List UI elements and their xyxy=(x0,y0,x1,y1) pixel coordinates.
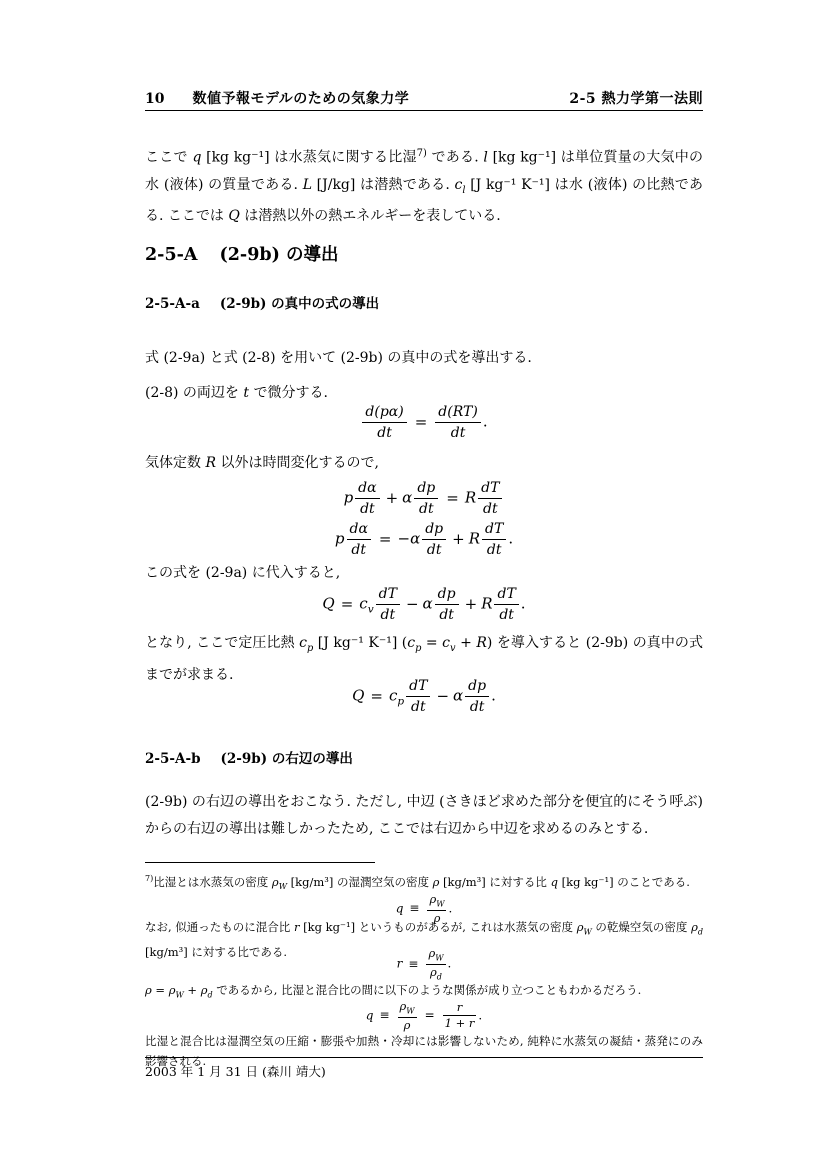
math-var-q: q xyxy=(396,901,404,915)
fraction: dαdt xyxy=(355,480,379,517)
math-var-R: R xyxy=(476,635,487,651)
math-var-R: R xyxy=(205,455,216,471)
text: なお, 似通ったものに混合比 xyxy=(145,920,294,934)
subsection-title: (2-9b) の真中の式の導出 xyxy=(220,296,379,312)
numerator: ρW xyxy=(398,1000,417,1017)
math-sub-p: p xyxy=(397,696,404,708)
fraction: dTdt xyxy=(482,521,506,558)
document-page: 10 数値予報モデルのための気象力学 2-5 熱力学第一法則 ここで q [kg… xyxy=(0,0,826,1169)
fraction: r1 + r xyxy=(443,1001,477,1030)
fraction: dαdt xyxy=(347,521,371,558)
denominator: dt xyxy=(376,604,400,623)
math-var-c: c xyxy=(359,595,367,613)
text: ここで xyxy=(145,150,192,166)
math-var-p: p xyxy=(335,530,345,548)
math-var-p: p xyxy=(344,489,354,507)
numerator: dT xyxy=(494,586,518,604)
denominator: ρd xyxy=(426,964,445,982)
text: となり, ここで定圧比熱 xyxy=(145,635,299,651)
math-var-q: q xyxy=(366,1008,374,1022)
fraction: dpdt xyxy=(435,586,459,623)
equation-period: . xyxy=(508,530,513,548)
equation-q-cp: Q=cpdTdt−αdpdt. xyxy=(145,678,703,715)
math-var-Q: Q xyxy=(322,595,334,613)
fraction: dpdt xyxy=(465,678,489,715)
numerator: ρW xyxy=(426,947,445,964)
text: = xyxy=(152,983,169,997)
text: (2-8) の両辺を xyxy=(145,385,243,401)
fraction: d(pα)dt xyxy=(362,404,406,441)
math-term-minus-alpha: −α xyxy=(398,530,421,548)
section-heading-2-5-A: 2-5-A(2-9b) の導出 xyxy=(145,241,703,266)
text: 比湿とは水蒸気の密度 xyxy=(153,875,272,889)
text: であるから, 比湿と混合比の間に以下のような関係が成り立つこともわかるだろう. xyxy=(213,983,642,997)
subsection-heading-2-5-A-a: 2-5-A-a(2-9b) の真中の式の導出 xyxy=(145,292,703,312)
math-sub-W: W xyxy=(435,953,443,962)
equation-period: . xyxy=(491,687,496,705)
equals-sign: = xyxy=(425,1008,435,1022)
math-var-c: c xyxy=(407,635,415,651)
paragraph-derive: 式 (2-9a) と式 (2-8) を用いて (2-9b) の真中の式を導出する… xyxy=(145,345,703,372)
header-right-title: 2-5 熱力学第一法則 xyxy=(569,88,703,108)
math-var-q: q xyxy=(551,875,558,889)
minus-sign: − xyxy=(436,687,449,705)
equiv-sign: ≡ xyxy=(409,901,419,915)
denominator: 1 + r xyxy=(443,1015,477,1030)
math-var-R: R xyxy=(465,489,476,507)
text: + xyxy=(456,635,477,651)
math-var-rho: ρ xyxy=(691,920,698,934)
text: [J/kg] は潜熱である. xyxy=(312,177,455,193)
math-var-R: R xyxy=(481,595,492,613)
fraction: d(RT)dt xyxy=(435,404,481,441)
paragraph-gas-constant: 気体定数 R 以外は時間変化するので, xyxy=(145,450,703,477)
text: は潜熱以外の熱エネルギーを表している. xyxy=(240,208,501,224)
minus-sign: − xyxy=(406,595,419,613)
equation-period: . xyxy=(483,413,488,431)
equals-sign: = xyxy=(341,595,354,613)
text: [kg/m³] に対する比 xyxy=(439,875,550,889)
denominator: dt xyxy=(482,539,506,558)
fraction: ρWρd xyxy=(426,947,445,981)
header-rule xyxy=(145,110,703,111)
math-var-Q: Q xyxy=(228,208,239,224)
denominator: dt xyxy=(465,696,489,715)
equation-product-rule: pdαdt+αdpdt=RdTdt pdαdt=−αdpdt+RdTdt. xyxy=(145,476,703,562)
equation-period: . xyxy=(521,595,526,613)
denominator: dt xyxy=(347,539,371,558)
paragraph-differentiate: (2-8) の両辺を t で微分する. xyxy=(145,380,703,407)
fraction: dpdt xyxy=(414,480,438,517)
denominator: dt xyxy=(406,696,430,715)
math-var-L: L xyxy=(303,177,312,193)
footer-rule xyxy=(145,1057,703,1058)
equation-q-cv: Q=cvdTdt−αdpdt+RdTdt. xyxy=(145,586,703,623)
numerator: d(pα) xyxy=(362,404,406,422)
text: [kg kg⁻¹] は水蒸気に関する比湿 xyxy=(201,150,416,166)
math-var-alpha: α xyxy=(453,687,463,705)
subsection-title: (2-9b) の右辺の導出 xyxy=(221,751,353,767)
paragraph-intro: ここで q [kg kg⁻¹] は水蒸気に関する比湿7) である. l [kg … xyxy=(145,140,703,230)
equation-line-1: pdαdt+αdpdt=RdTdt xyxy=(145,480,703,517)
equation-period: . xyxy=(478,1008,482,1022)
text: 以外は時間変化するので, xyxy=(216,455,379,471)
denominator: ρ xyxy=(398,1017,417,1032)
subsection-number: 2-5-A-a xyxy=(145,296,200,312)
fraction: dTdt xyxy=(406,678,430,715)
numerator: dp xyxy=(414,480,438,498)
fraction: dTdt xyxy=(376,586,400,623)
math-var-alpha: α xyxy=(423,595,433,613)
math-var-r: r xyxy=(397,957,403,971)
numerator: r xyxy=(443,1001,477,1015)
denominator: dt xyxy=(435,604,459,623)
equals-sign: = xyxy=(370,687,383,705)
numerator: ρW xyxy=(427,893,446,910)
equals-sign: = xyxy=(446,489,459,507)
math-sub-d: d xyxy=(698,927,703,936)
numerator: dp xyxy=(435,586,459,604)
numerator: dp xyxy=(465,678,489,696)
math-var-rho: ρ xyxy=(272,875,279,889)
numerator: dT xyxy=(376,586,400,604)
footer-date: 2003 年 1 月 31 日 (森川 靖大) xyxy=(145,1062,703,1080)
text: [kg kg⁻¹] というものがあるが, これは水蒸気の密度 xyxy=(299,920,576,934)
denominator: dt xyxy=(362,422,406,441)
plus-sign: + xyxy=(452,530,465,548)
equiv-sign: ≡ xyxy=(379,1008,389,1022)
math-var-c: c xyxy=(442,635,450,651)
math-sub-W: W xyxy=(583,927,591,936)
numerator: dα xyxy=(347,521,371,539)
math-sub-v: v xyxy=(368,604,374,616)
plus-sign: + xyxy=(386,489,399,507)
fraction: dpdt xyxy=(422,521,446,558)
denominator: dt xyxy=(355,498,379,517)
denominator: dt xyxy=(478,498,502,517)
text: + xyxy=(184,983,201,997)
equation-line-2: pdαdt=−αdpdt+RdTdt. xyxy=(145,521,703,558)
equals-sign: = xyxy=(379,530,392,548)
fraction: dTdt xyxy=(478,480,502,517)
text: の乾燥空気の密度 xyxy=(592,920,691,934)
running-header: 10 数値予報モデルのための気象力学 2-5 熱力学第一法則 xyxy=(145,88,703,108)
math-var-alpha: α xyxy=(402,489,412,507)
denominator: dt xyxy=(414,498,438,517)
equiv-sign: ≡ xyxy=(408,957,418,971)
footnote-reference: 7) xyxy=(417,148,427,159)
numerator: dT xyxy=(478,480,502,498)
text: [kg/m³] の湿潤空気の密度 xyxy=(287,875,433,889)
denominator: dt xyxy=(422,539,446,558)
denominator: dt xyxy=(494,604,518,623)
math-var-R: R xyxy=(469,530,480,548)
numerator: dα xyxy=(355,480,379,498)
footnote-equation-r: r≡ρWρd. xyxy=(145,947,703,981)
math-var-rho: ρ xyxy=(430,965,437,979)
math-var-rho: ρ xyxy=(145,983,152,997)
subsection-heading-2-5-A-b: 2-5-A-b(2-9b) の右辺の導出 xyxy=(145,747,703,767)
numerator: dT xyxy=(406,678,430,696)
page-number: 10 xyxy=(145,91,164,107)
subsection-number: 2-5-A-b xyxy=(145,751,201,767)
section-number: 2-5-A xyxy=(145,245,197,265)
text: である. xyxy=(427,150,484,166)
equation-state-differentiated: d(pα)dt=d(RT)dt. xyxy=(145,404,703,441)
text: [kg kg⁻¹] のことである. xyxy=(558,875,690,889)
math-var-Q: Q xyxy=(352,687,364,705)
header-left-title: 数値予報モデルのための気象力学 xyxy=(192,88,409,108)
math-sub-W: W xyxy=(436,899,444,908)
text: [J kg⁻¹ K⁻¹] ( xyxy=(313,635,407,651)
fraction: ρWρ xyxy=(398,1000,417,1032)
numerator: dp xyxy=(422,521,446,539)
paragraph-rhs-derivation: (2-9b) の右辺の導出をおこなう. ただし, 中辺 (さきほど求めた部分を便… xyxy=(145,789,703,843)
text: で微分する. xyxy=(249,385,328,401)
denominator: dt xyxy=(435,422,481,441)
paragraph-substitute: この式を (2-9a) に代入すると, xyxy=(145,560,703,587)
numerator: d(RT) xyxy=(435,404,481,422)
plus-sign: + xyxy=(465,595,478,613)
numerator: dT xyxy=(482,521,506,539)
math-sub-W: W xyxy=(406,1006,414,1015)
footnote-rule xyxy=(145,862,375,863)
text: 気体定数 xyxy=(145,455,205,471)
math-var-c: c xyxy=(299,635,307,651)
footnote-equation-q-r-relation: q≡ρWρ=r1 + r. xyxy=(145,1000,703,1032)
section-title: (2-9b) の導出 xyxy=(219,245,338,265)
text: = xyxy=(421,635,442,651)
equation-period: . xyxy=(448,901,452,915)
math-sub-W: W xyxy=(175,990,183,999)
equals-sign: = xyxy=(415,413,428,431)
fraction: dTdt xyxy=(494,586,518,623)
math-sub-W: W xyxy=(279,882,287,891)
equation-period: . xyxy=(448,957,452,971)
